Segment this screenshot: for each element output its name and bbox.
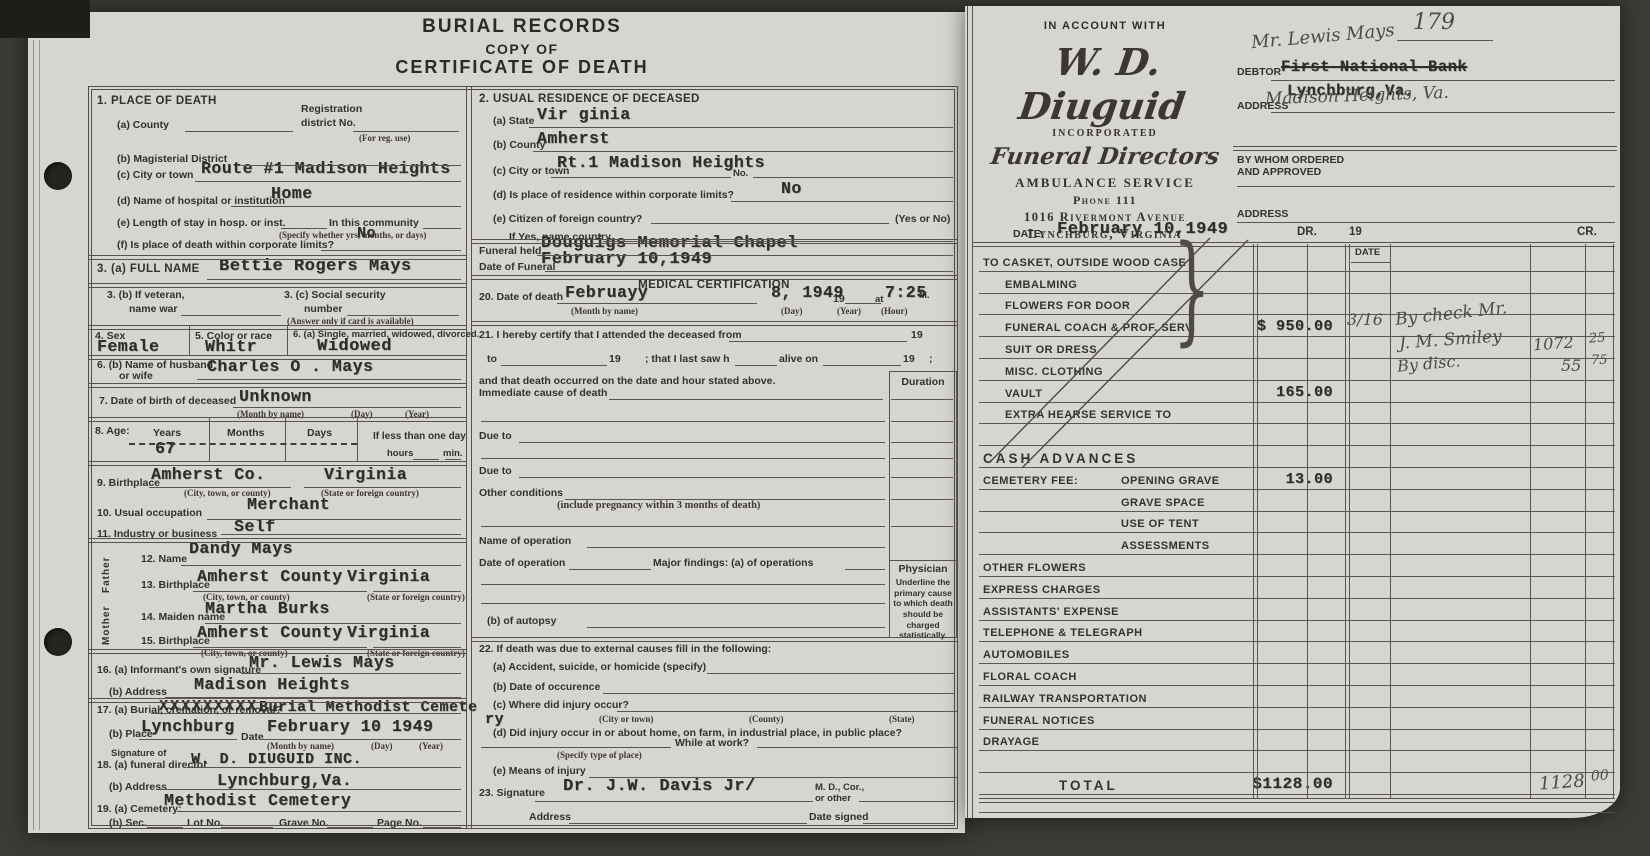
rule-line: [205, 623, 461, 624]
rule-line: [1237, 222, 1615, 223]
external-c-label: (c) Where did injury occur?: [493, 699, 629, 711]
ledger-row: ASSESSMENTS: [979, 533, 1615, 555]
ledger-row: FLOWERS FOR DOOR: [979, 294, 1615, 316]
dod-month-note: (Month by name): [571, 307, 638, 316]
alive-on-label: alive on: [779, 353, 818, 365]
funeral-date-value: February 10,1949: [541, 250, 712, 269]
pregnancy-note: (include pregnancy within 3 months of de…: [557, 501, 760, 512]
rule-line: [757, 747, 957, 748]
sex-value: Female: [97, 337, 159, 356]
rule-line: [481, 603, 885, 604]
age-label: 8. Age:: [95, 425, 130, 437]
rule-line: [147, 827, 183, 828]
ledger-row: RAILWAY TRANSPORTATION: [979, 686, 1615, 708]
debtor-struck-value: First National Bank: [1281, 58, 1467, 76]
ordered-label1: BY WHOM ORDERED: [1237, 154, 1344, 166]
yes-or-no-label: (Yes or No): [895, 213, 950, 225]
rule-line: [89, 283, 466, 288]
op-name-label: Name of operation: [479, 535, 571, 547]
rule-line: [1307, 244, 1308, 798]
rule-line: [481, 526, 885, 527]
column-divider: [466, 87, 472, 828]
rule-line: [445, 459, 461, 460]
rule-line: [533, 151, 953, 152]
rule-line: [261, 739, 461, 740]
rule-line: [519, 477, 885, 478]
rule-line: [1271, 80, 1615, 81]
rule-line: [569, 823, 807, 824]
ledger-item-label: ASSESSMENTS: [1121, 540, 1210, 552]
res-no-label: No.: [733, 169, 748, 180]
page-no-label: Page No.: [377, 817, 422, 829]
phone-label: Phone 111: [980, 193, 1230, 208]
rule-line: [471, 275, 957, 280]
certify-19c: 19: [903, 353, 915, 365]
ledger-item-label: OTHER FLOWERS: [983, 562, 1086, 574]
ledger-row: MISC. CLOTHING: [979, 359, 1615, 381]
scanned-burial-record: BURIAL RECORDS COPY OF CERTIFICATE OF DE…: [0, 0, 1650, 856]
ledger-card: IN ACCOUNT WITH W. D. Diuguid INCORPORAT…: [965, 6, 1620, 818]
rule-line: [321, 250, 461, 251]
credit1-value: 1072: [1532, 333, 1574, 355]
funeral-held-label: Funeral held: [479, 245, 541, 257]
ledger-date-label: DATE:: [1013, 228, 1044, 240]
director-addr-value: Lynchburg,Va.: [217, 771, 352, 790]
county-label: (a) County: [117, 119, 169, 131]
ledger-row: TOTAL$1128.00: [979, 773, 1615, 795]
less-than-one-day-label: If less than one day: [373, 431, 466, 443]
burial-note3: (Year): [419, 742, 443, 751]
dod-month-value: Februayy: [565, 283, 648, 302]
director-addr-label: (b) Address: [109, 781, 167, 793]
dod-19: 19: [833, 293, 845, 305]
incorporated-label: INCORPORATED: [980, 128, 1230, 139]
director-value: W. D. DIUGUID INC.: [191, 751, 362, 768]
rule-line: [241, 165, 461, 166]
rule-line: [1397, 40, 1493, 41]
rule-line: [373, 591, 461, 592]
burial-note2: (Day): [371, 742, 393, 751]
rule-line: [1585, 244, 1586, 798]
rule-line: [195, 181, 461, 182]
age-years-value: 67: [155, 439, 176, 458]
company-name: W. D. Diuguid: [974, 40, 1236, 128]
district-no-label: district No.: [301, 117, 356, 129]
rule-line: [551, 177, 731, 178]
ledger-item-label: VAULT: [1005, 388, 1043, 400]
ledger-item-debit: $1128.00: [1241, 775, 1333, 793]
credit2-value: 55: [1561, 356, 1581, 375]
ledger-row: ASSISTANTS' EXPENSE: [979, 599, 1615, 621]
rule-line: [231, 206, 461, 207]
ambulance-service-label: AMBULANCE SERVICE: [980, 175, 1230, 191]
mother-side-label: Mother: [101, 601, 112, 645]
rule-line: [89, 538, 466, 543]
title-line-3: CERTIFICATE OF DEATH: [88, 57, 956, 78]
rule-line: [89, 417, 466, 422]
res-county-value: Amherst: [537, 129, 610, 148]
father-bp-note2: (State or foreign country): [367, 593, 465, 602]
rule-line: [529, 127, 953, 128]
ledger-row: DRAYAGE: [979, 730, 1615, 752]
external-heading: 22. If death was due to external causes …: [479, 643, 771, 655]
ledger-item-label: GRAVE SPACE: [1121, 497, 1205, 509]
rule-line: [471, 321, 957, 326]
rule-line: [181, 315, 281, 316]
rule-line: [891, 526, 953, 527]
rule-line: [535, 801, 813, 802]
mother-bp-value1: Amherst County: [197, 623, 343, 642]
ledger-item-label: TELEPHONE & TELEGRAPH: [983, 627, 1143, 639]
rule-line: [177, 811, 461, 812]
ledger-item-label: DRAYAGE: [983, 736, 1040, 748]
certify-19a: 19: [911, 329, 923, 341]
ordered-label2: AND APPROVED: [1237, 166, 1321, 178]
father-side-label: Father: [101, 549, 112, 593]
city-town-value: Route #1 Madison Heights: [201, 159, 451, 178]
ledger-item-label: TO CASKET, OUTSIDE WOOD CASE: [983, 257, 1186, 269]
signature-value: Dr. J.W. Davis Jr/: [563, 777, 756, 796]
marital-value: Widowed: [317, 337, 392, 356]
ledger-row: TO CASKET, OUTSIDE WOOD CASE: [979, 250, 1615, 272]
birthplace-note2: (State or foreign country): [321, 489, 419, 498]
external-d-note: (Specify type of place): [557, 751, 642, 760]
res-city-label: (c) City or town: [493, 165, 569, 177]
rule-line: [187, 767, 461, 768]
ledger-row: EXTRA HEARSE SERVICE TO: [979, 403, 1615, 425]
rule-line: [1345, 244, 1346, 798]
cr-header: CR.: [1577, 226, 1597, 239]
dod-hour-note: (Hour): [881, 307, 908, 316]
debtor-label: DEBTOR: [1237, 66, 1281, 78]
rule-line: [207, 519, 461, 520]
rule-line: [1233, 146, 1617, 151]
occupation-value: Merchant: [247, 495, 330, 514]
immediate-label: Immediate cause of death: [479, 387, 607, 399]
op-date-label: Date of operation: [479, 557, 565, 569]
rule-line: [891, 499, 953, 500]
burial-date-value: February 10 1949: [267, 717, 433, 736]
debtor-name-handwritten: Mr. Lewis Mays: [1250, 20, 1395, 53]
ledger-item-label: MISC. CLOTHING: [1005, 366, 1103, 378]
birth-date-label: 7. Date of birth of deceased: [99, 395, 236, 407]
external-c-note3: (State): [889, 715, 915, 724]
rule-line: [481, 458, 885, 459]
rule-line: [209, 417, 210, 461]
rule-line: [471, 637, 957, 642]
ledger-item-label: FUNERAL COACH & PROF. SERV.: [1005, 322, 1196, 334]
sig-address-label: Address: [529, 811, 571, 823]
rule-line: [651, 223, 889, 224]
rule-line: [565, 499, 885, 500]
rule-line: [423, 827, 461, 828]
burial-date-label: Date: [241, 731, 264, 743]
rule-line: [609, 399, 883, 400]
ledger-row: TELEPHONE & TELEGRAPH: [979, 621, 1615, 643]
rule-line: [973, 242, 1615, 247]
rule-line: [373, 647, 461, 648]
rule-line: [193, 591, 367, 592]
rule-line: [845, 303, 881, 304]
ledger-item-debit: 13.00: [1241, 471, 1333, 488]
duration-label: Duration: [890, 376, 956, 388]
punch-hole: [44, 628, 72, 656]
rule-line: [1351, 262, 1390, 263]
ledger-item-label: CEMETERY FEE:: [983, 475, 1078, 487]
rule-line: [587, 547, 885, 548]
rule-line: [1390, 244, 1391, 798]
grave-no-label: Grave No.: [279, 817, 329, 829]
cemetery-value: Methodist Cemetery: [164, 791, 351, 810]
citizen-label: (e) Citizen of foreign country?: [493, 213, 642, 225]
res-state-value: Vir ginia: [537, 105, 631, 124]
credit2-cents: 75: [1591, 353, 1608, 368]
veteran-label: 3. (b) If veteran,: [107, 289, 185, 301]
ledger-item-label: EMBALMING: [1005, 279, 1077, 291]
rule-line: [221, 534, 461, 535]
dod-year-note: (Year): [837, 307, 861, 316]
dod-label: 20. Date of death: [479, 291, 563, 303]
scan-corner-shadow: [0, 0, 90, 38]
certify-19b: 19: [609, 353, 621, 365]
rule-line: [151, 713, 461, 714]
birth-date-value: Unknown: [239, 387, 312, 406]
rule-line: [287, 325, 288, 355]
for-reg-use-note: (For reg. use): [359, 134, 410, 143]
rule-line: [181, 565, 461, 566]
rule-line: [481, 421, 885, 422]
burial-place-value: Lynchburg: [141, 717, 235, 736]
rule-line: [89, 355, 466, 360]
rule-line: [603, 693, 955, 694]
ledger-item-label: EXTRA HEARSE SERVICE TO: [1005, 409, 1172, 421]
rule-line: [557, 303, 757, 304]
rule-line: [357, 417, 358, 461]
rule-line: [891, 399, 953, 400]
rule-line: [589, 777, 957, 778]
total-credit-value: 1128: [1538, 770, 1585, 794]
race-value: Whitr: [205, 337, 257, 356]
birthplace-value1: Amherst Co.: [151, 465, 265, 484]
ledger-item-label: TOTAL: [1059, 778, 1118, 793]
physician-box: Physician Underline the primary cause to…: [889, 559, 957, 638]
ledger-row-blank: [979, 424, 1615, 446]
rule-line: [285, 417, 286, 461]
rule-line: [731, 201, 953, 202]
ledger-item-debit: $ 950.00: [1241, 318, 1333, 335]
while-at-work-label: While at work?: [675, 737, 749, 749]
rule-line: [707, 673, 955, 674]
title-line-2: COPY OF: [88, 41, 956, 57]
rule-line: [129, 443, 357, 445]
registration-label: Registration: [301, 103, 362, 115]
rule-line: [233, 407, 461, 408]
stay-label: (e) Length of stay in hosp. or inst.: [117, 217, 286, 229]
city-town-label: (c) City or town: [117, 169, 193, 181]
rule-line: [413, 459, 439, 460]
punch-hole: [44, 162, 72, 190]
rule-line: [891, 477, 953, 478]
autopsy-label: (b) of autopsy: [487, 615, 556, 627]
rule-line: [89, 255, 466, 260]
rule-line: [471, 239, 957, 244]
rule-line: [845, 569, 885, 570]
informant-addr-label: (b) Address: [109, 686, 167, 698]
burial-value-overflow: ry: [485, 711, 504, 728]
hours-label: hours: [387, 449, 413, 460]
rule-line: [823, 365, 901, 366]
rule-line: [347, 315, 459, 316]
dod-m-label: M.: [919, 291, 930, 302]
signature-label: 23. Signature: [479, 787, 545, 799]
rule-line: [89, 461, 466, 466]
external-c-note1: (City or town): [599, 715, 653, 724]
spouse-label2: or wife: [119, 370, 153, 382]
paper-edge-line: [33, 40, 34, 830]
ledger-item-label: RAILWAY TRANSPORTATION: [983, 693, 1147, 705]
rule-line: [617, 711, 957, 712]
occurred-label: and that death occurred on the date and …: [479, 375, 775, 387]
rule-line: [89, 383, 466, 388]
rule-line: [304, 487, 461, 488]
rule-line: [1253, 244, 1254, 798]
rule-line: [1613, 244, 1614, 798]
external-c-note2: (County): [749, 715, 784, 724]
ledger-item-sublabel: OPENING GRAVE: [1121, 475, 1220, 487]
ledger-row: AUTOMOBILES: [979, 642, 1615, 664]
rule-line: [1271, 112, 1615, 113]
rule-line: [501, 365, 607, 366]
ledger-row: VAULT165.00: [979, 381, 1615, 403]
rule-line: [537, 255, 953, 256]
name-war-label: name war: [129, 303, 177, 315]
ledger-row: SUIT OR DRESS: [979, 337, 1615, 359]
ledger-item-label: EXPRESS CHARGES: [983, 584, 1101, 596]
ledger-item-label: CASH ADVANCES: [983, 451, 1138, 466]
ledger-item-label: FUNERAL NOTICES: [983, 715, 1095, 727]
rule-line: [281, 228, 327, 229]
rule-line: [185, 131, 293, 132]
mother-name-label: 14. Maiden name: [141, 611, 225, 623]
age-years-label: Years: [153, 427, 181, 439]
rule-line: [481, 584, 885, 585]
community-value: No: [357, 225, 376, 242]
certify-label: 21. I hereby certify that I attended the…: [479, 329, 742, 341]
mother-bp-label: 15. Birthplace: [141, 635, 210, 647]
ledger-row: USE OF TENT: [979, 512, 1615, 534]
title-line-1: BURIAL RECORDS: [88, 16, 956, 38]
rule-line: [1349, 244, 1350, 798]
date-signed-label: Date signed: [809, 811, 869, 823]
father-bp-value2: Virginia: [347, 567, 430, 586]
age-months-label: Months: [227, 427, 264, 439]
ledger-items: TO CASKET, OUTSIDE WOOD CASEEMBALMINGFLO…: [979, 250, 1615, 795]
ledger-row-blank: [979, 751, 1615, 773]
ledger-row: OTHER FLOWERS: [979, 555, 1615, 577]
rule-line: [1530, 244, 1531, 798]
rule-line: [1257, 244, 1258, 798]
father-bp-value1: Amherst County: [197, 567, 343, 586]
rule-line: [353, 131, 459, 132]
ledger-item-label: SUIT OR DRESS: [1005, 344, 1097, 356]
ordered-address-label: ADDRESS: [1237, 208, 1288, 220]
external-a-label: (a) Accident, suicide, or homicide (spec…: [493, 661, 706, 673]
last-saw-label: ; that I last saw h: [645, 353, 730, 365]
rule-line: [979, 798, 1615, 803]
rule-line: [139, 739, 237, 740]
external-b-label: (b) Date of occurence: [493, 681, 600, 693]
rule-line: [859, 801, 955, 802]
rule-line: [587, 627, 885, 628]
certificate-title: BURIAL RECORDS COPY OF CERTIFICATE OF DE…: [88, 16, 956, 78]
ledger-left-rule: [967, 6, 973, 818]
rule-line: [735, 365, 777, 366]
credit1-cents: 25: [1588, 330, 1606, 346]
ledger-row: EXPRESS CHARGES: [979, 577, 1615, 599]
father-name-label: 12. Name: [141, 553, 187, 565]
father-bp-label: 13. Birthplace: [141, 579, 210, 591]
birthplace-value2: Virginia: [324, 465, 407, 484]
rule-line: [159, 789, 461, 790]
major-findings-label: Major findings: (a) of operations: [653, 557, 813, 569]
dod-at-label: at: [875, 295, 883, 306]
rule-line: [545, 271, 953, 272]
rule-line: [519, 442, 885, 443]
spouse-label: 6. (b) Name of husband: [97, 359, 213, 371]
total-credit-cents: 00: [1590, 767, 1609, 784]
rule-line: [241, 673, 461, 674]
rule-line: [193, 647, 367, 648]
in-account-with: IN ACCOUNT WITH: [980, 20, 1230, 32]
ledger-row: FLORAL COACH: [979, 664, 1615, 686]
due-to-2-label: Due to: [479, 465, 512, 477]
ledger-row: GRAVE SPACE: [979, 490, 1615, 512]
rule-line: [481, 747, 671, 748]
corporate-limits-label: (f) Is place of death within corporate l…: [117, 239, 334, 251]
section1-heading: 1. PLACE OF DEATH: [97, 95, 217, 108]
rule-line: [891, 421, 953, 422]
rule-line: [197, 379, 461, 380]
year-header: 19: [1349, 226, 1362, 239]
ledger-item-label: AUTOMOBILES: [983, 649, 1070, 661]
rule-line: [89, 325, 466, 330]
occupation-label: 10. Usual occupation: [97, 507, 202, 519]
rule-line: [1237, 186, 1615, 187]
funeral-directors-label: Funeral Directors: [978, 143, 1232, 170]
lot-label: Lot No.: [187, 817, 223, 829]
or-other-label: or other: [815, 794, 851, 805]
physician-label: Physician: [890, 563, 956, 575]
rule-line: [863, 823, 955, 824]
sec-label: (b) Sec.: [109, 817, 147, 829]
full-name-label: 3. (a) FULL NAME: [97, 263, 200, 276]
external-e-label: (e) Means of injury: [493, 765, 586, 777]
ledger-item-label: FLOWERS FOR DOOR: [1005, 300, 1130, 312]
rule-line: [423, 228, 461, 229]
certificate-form: 1. PLACE OF DEATH Registration district …: [88, 86, 958, 829]
ledger-row: FUNERAL NOTICES: [979, 708, 1615, 730]
rule-line: [207, 279, 461, 280]
paper-edge-line: [39, 40, 40, 830]
rule-line: [891, 442, 953, 443]
ledger-item-label: FLORAL COACH: [983, 671, 1077, 683]
ledger-row: EMBALMING: [979, 272, 1615, 294]
dr-header: DR.: [1297, 226, 1317, 239]
cemetery-label: 19. (a) Cemetery:: [97, 803, 182, 815]
entry-date-handwritten: 3/16: [1347, 310, 1383, 329]
other-conditions-label: Other conditions: [479, 487, 563, 499]
semi-label: ;: [929, 353, 933, 365]
